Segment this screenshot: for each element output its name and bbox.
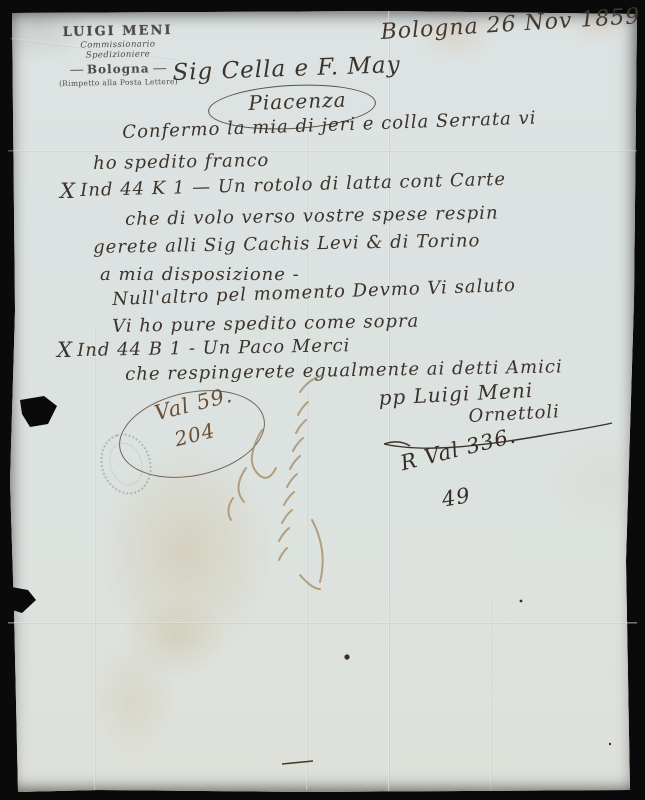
- body-line: a mia disposizione -: [100, 264, 300, 285]
- letterhead-name: LUIGI MENI: [49, 23, 185, 40]
- photo-background: LUIGI MENI Commissionario Spedizioniere …: [0, 0, 645, 800]
- margin-x-mark: X: [60, 179, 76, 203]
- letterhead: LUIGI MENI Commissionario Spedizioniere …: [49, 23, 186, 88]
- registry-note-line2: 49: [440, 483, 472, 512]
- letterhead-title: Commissionario Spedizioniere: [50, 39, 186, 61]
- margin-x-mark: X: [57, 338, 73, 362]
- flourish-dash: [154, 68, 167, 69]
- addressee-city: Piacenza: [248, 88, 347, 115]
- flourish-dash: [70, 70, 83, 71]
- letterhead-city-text: Bologna: [87, 61, 150, 76]
- body-line: ho spedito franco: [93, 150, 269, 174]
- postal-stamp-inner-ring: [104, 438, 148, 490]
- letterhead-city: Bologna: [50, 61, 186, 77]
